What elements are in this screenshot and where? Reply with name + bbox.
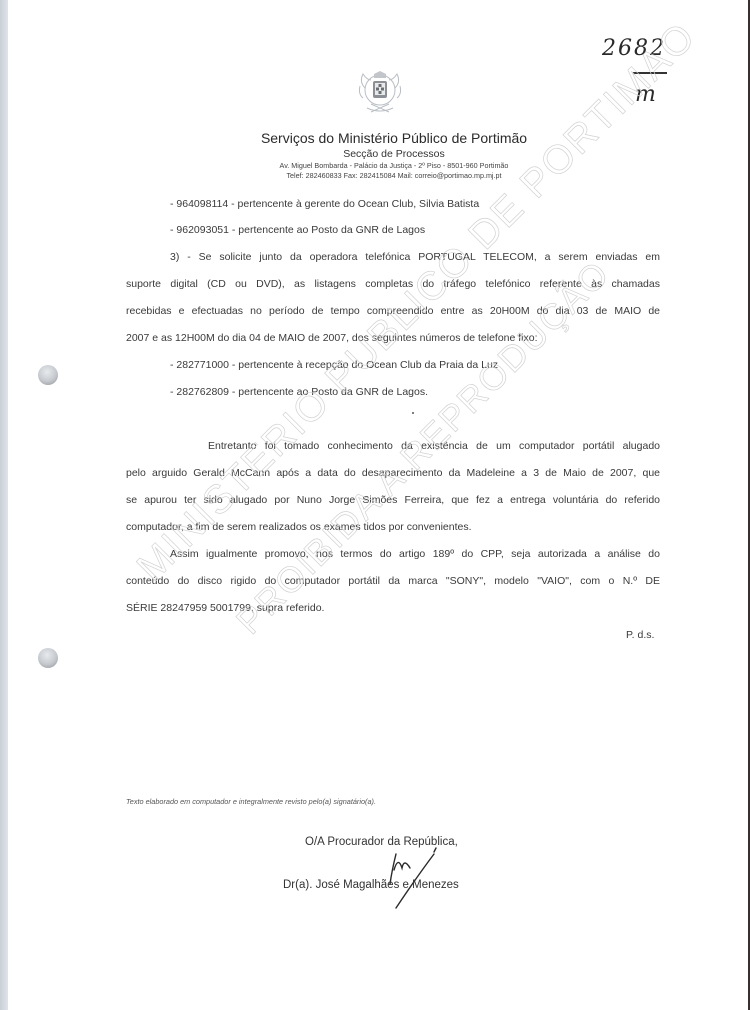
organization-name: Serviços do Ministério Público de Portim… xyxy=(0,130,750,146)
closing-text: P. d.s. xyxy=(626,629,654,641)
signatory-name: Dr(a). José Magalhães e Menezes xyxy=(283,879,459,891)
promotion-paragraph-line: Assim igualmente promovo, nos termos do … xyxy=(170,548,660,560)
coat-of-arms-icon xyxy=(357,68,403,116)
mobile-number-item: - 962093051 - pertencente ao Posto da GN… xyxy=(170,224,425,236)
punch-hole-top xyxy=(38,365,58,385)
contact-info: Telef: 282460833 Fax: 282415084 Mail: co… xyxy=(0,171,750,180)
stray-mark xyxy=(412,412,414,414)
footnote: Texto elaborado em computador e integral… xyxy=(126,797,376,806)
mobile-number-item: - 964098114 - pertencente à gerente do O… xyxy=(170,198,479,210)
section-name: Secção de Processos xyxy=(0,148,750,160)
punch-hole-bottom xyxy=(38,648,58,668)
address: Av. Miguel Bombarda - Palácio da Justiça… xyxy=(0,161,750,170)
promotion-paragraph-line: SÉRIE 28247959 5001799, supra referido. xyxy=(126,602,660,614)
handwritten-signature-icon xyxy=(368,840,458,910)
promotion-paragraph-line: conteúdo do disco rigido do computador p… xyxy=(126,575,660,587)
